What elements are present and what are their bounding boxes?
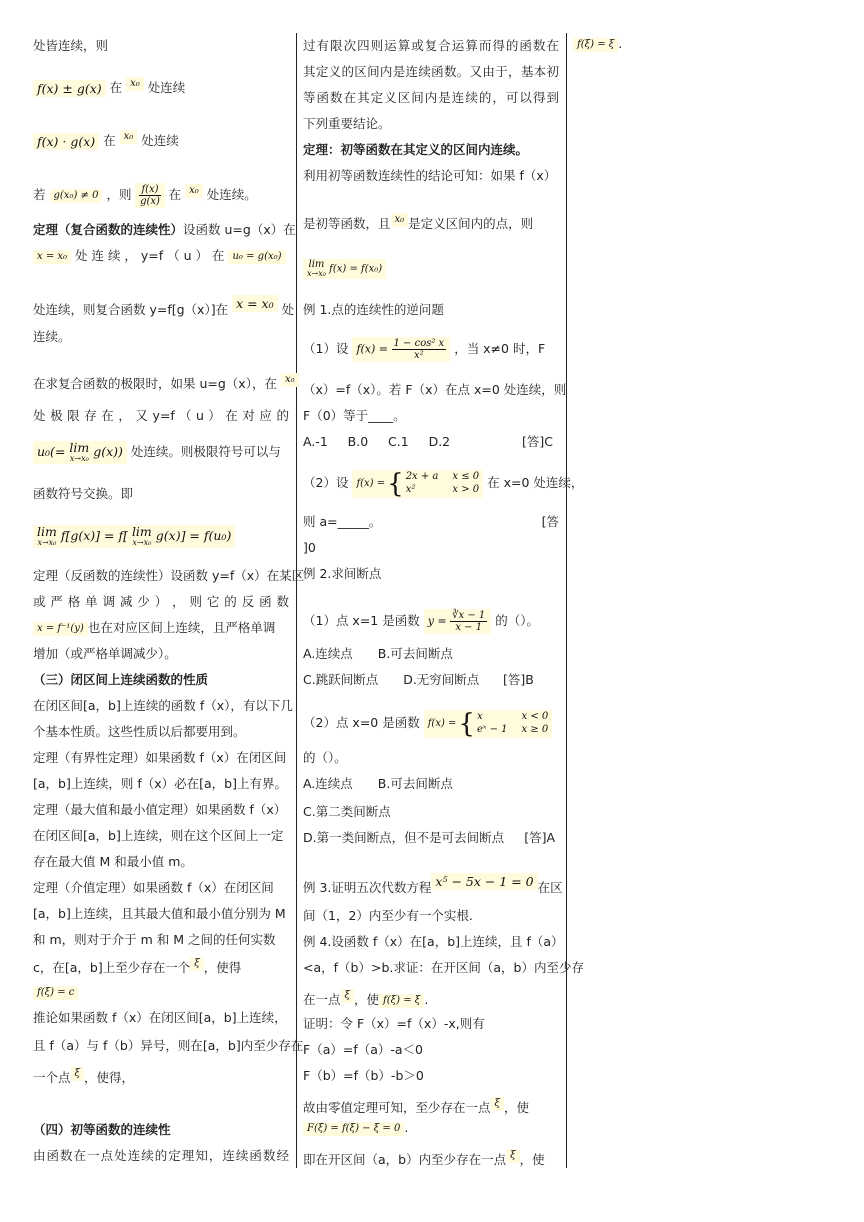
text-line: x = x₀ 处 连 续 ， y=f （ u ） 在 u₀ = g(x₀) [33,247,289,265]
formula-limit-exchange: limx→x₀ f[g(x)] = f[ limx→x₀ g(x)] = f(u… [33,525,235,548]
text-line: 处皆连续，则 [33,37,289,55]
text-line: 定理（反函数的连续性）设函数 y=f（x）在某区 [33,567,289,585]
example-2-title: 例 2.求间断点 [303,565,559,583]
text-line: （x）=f（x）。若 F（x）在点 x=0 处连续，则 [303,381,559,399]
text-line: 连续。 [33,328,289,346]
formula-ex1-f: f(x) = 1 − cos² xx² [352,337,450,362]
example-1-title: 例 1.点的连续性的逆问题 [303,301,559,319]
formula-x0: x₀ [185,184,203,198]
text-line: C.跳跃间断点 D.无穷间断点 [答]B [303,671,559,689]
text-line: D.第一类间断点，但不是可去间断点 [答]A [303,829,559,847]
formula-x0: x₀ [391,213,409,227]
formula-ex2-y: y = ∛x − 1x − 1 [424,609,492,634]
option-a: A.-1 [303,434,328,449]
text-line: A.连续点 B.可去间断点 [303,645,559,663]
formula-line: limx→x₀ f(x) = f(x₀) [303,253,559,283]
example-1-part-1: （1）设 f(x) = 1 − cos² xx² ，当 x≠0 时，F [303,329,559,369]
text-line: 在闭区间[a，b]上连续，则在这个区间上一定 [33,827,289,845]
formula-u0-limit: u₀(= limx→x₀ g(x)) [33,441,127,464]
text-line: [a，b]上连续，且其最大值和最小值分别为 M [33,905,289,923]
text-line: 且 f（a）与 f（b）异号，则在[a，b]内至少存在 [33,1037,289,1055]
limit-exchange-formula-line: limx→x₀ f[g(x)] = f[ limx→x₀ g(x)] = f(u… [33,519,289,553]
text-line: 处连续，则复合函数 y=f[g（x）]在 x = x₀ 处 [33,295,289,319]
formula-sum: f(x) ± g(x) [33,80,106,97]
answer: [答]B [503,671,534,689]
proof-line: F（b）=f（b）-b＞0 [303,1067,559,1085]
column-divider-2 [566,33,567,1168]
quotient-continuity-line: 若 g(x₀) ≠ 0 ，则 f(x)g(x) 在 x₀ 处连续。 [33,175,289,215]
text-line: <a，f（b）>b.求证：在开区间（a，b）内至少存 [303,959,559,977]
option-b: B.0 [348,434,369,449]
proof-line: F（a）=f（a）-a＜0 [303,1041,559,1059]
formula-f-xi-xi: f(ξ) = ξ [573,38,618,52]
text-line: C.第二类间断点 [303,803,559,821]
text-line: 则 a=_____。 [答 [303,513,559,531]
column-divider-1 [296,33,297,1168]
section-heading-3: （三）闭区间上连续函数的性质 [33,671,289,689]
text-line: 其定义的区间内是连续函数。又由于，基本初 [303,63,559,81]
text-line: 个基本性质。这些性质以后都要用到。 [33,723,289,741]
text-line: 定理（介值定理）如果函数 f（x）在闭区间 [33,879,289,897]
theorem-title: 定理（复合函数的连续性） [33,222,183,237]
formula-line: f(ξ) = ξ. [573,35,673,53]
text-line: x = f⁻¹(y)也在对应区间上连续，且严格单调 [33,619,289,637]
formula-line: F(ξ) = f(ξ) − ξ = 0. [303,1119,559,1137]
example-2-part-2: （2）点 x=0 是函数 f(x) ={ xx < 0 eˣ − 1x ≥ 0 [303,701,559,745]
formula-xi: ξ [190,957,204,971]
text-line: 由函数在一点处连续的定理知，连续函数经 [33,1147,289,1165]
answer: ]0 [303,539,559,557]
answer: [答]C [522,433,553,451]
text-line: A.连续点 B.可去间断点 [303,775,559,793]
text-line: [a，b]上连续，则 f（x）必在[a，b]上有界。 [33,775,289,793]
text-line: 下列重要结论。 [303,115,559,133]
formula-limit-elementary: limx→x₀ f(x) = f(x₀) [303,259,386,279]
answer: [答]A [524,829,555,847]
formula-inverse: x = f⁻¹(y) [33,622,88,636]
formula-line: f(ξ) = c [33,983,289,1001]
text-line: 函数符号交换。即 [33,485,289,503]
section-heading-4: （四）初等函数的连续性 [33,1121,289,1139]
text-line: 存在最大值 M 和最小值 m。 [33,853,289,871]
option-d: D.2 [429,434,451,449]
text-line: F（0）等于____。 [303,407,559,425]
proof-line: 即在开区间（a，b）内至少存在一点ξ，使 [303,1149,559,1169]
formula-x-eq-x0: x = x₀ [33,250,71,264]
text-line: 定理（有界性定理）如果函数 f（x）在闭区间 [33,749,289,767]
example-1-options: A.-1 B.0 C.1 D.2 [答]C [303,433,559,451]
text-line: 等函数在其定义区间内是连续的，可以得到 [303,89,559,107]
text-line: 在一点ξ，使f(ξ) = ξ. [303,989,559,1009]
text-line: 利用初等函数连续性的结论可知：如果 f（x） [303,167,559,185]
text-line: 处 极 限 存 在 ， 又 y=f （ u ） 在 对 应 的 [33,407,289,425]
text-line: 间（1，2）内至少有一个实根. [303,907,559,925]
text-line: 推论如果函数 f（x）在闭区间[a，b]上连续， [33,1009,289,1027]
formula-ex1-piecewise: f(x) ={ 2x + ax ≤ 0 x²x > 0 [352,470,483,498]
example-1-part-2: （2）设 f(x) ={ 2x + ax ≤ 0 x²x > 0 在 x=0 处… [303,463,559,503]
product-continuity-line: f(x) · g(x) 在 x₀ 处连续 [33,130,289,150]
formula-g-nonzero: g(x₀) ≠ 0 [50,189,103,203]
formula-xi: ξ [71,1067,85,1081]
text-line: 过有限次四则运算或复合运算而得的函数在 [303,37,559,55]
example-3: 例 3.证明五次代数方程x⁵ − 5x − 1 = 0在区 [303,873,559,897]
proof-line: 证明：令 F（x）=f（x）-x,则有 [303,1015,559,1033]
formula-u0-eq: u₀ = g(x₀) [228,250,285,264]
text-line: 增加（或严格单调减少）。 [33,645,289,663]
formula-x0: x₀ [126,77,144,91]
composite-theorem-line: 定理（复合函数的连续性）设函数 u=g（x）在 [33,221,289,239]
formula-x0: x₀ [281,373,299,387]
formula-f-xi-xi: f(ξ) = ξ [379,994,424,1008]
proof-line: 故由零值定理可知，至少存在一点ξ，使 [303,1097,559,1117]
option-c: C.1 [388,434,409,449]
formula-xi: ξ [506,1149,520,1163]
formula-product: f(x) · g(x) [33,133,99,150]
example-4: 例 4.设函数 f（x）在[a，b]上连续，且 f（a） [303,933,559,951]
formula-x-eq-x0: x = x₀ [232,295,278,312]
text-line: c，在[a，b]上至少存在一个ξ，使得 [33,957,289,977]
text-line: 在闭区间[a，b]上连续的函数 f（x），有以下几 [33,697,289,715]
text-line: 定理（最大值和最小值定理）如果函数 f（x） [33,801,289,819]
text-line: 或 严 格 单 调 减 少 ） ， 则 它 的 反 函 数 [33,593,289,611]
formula-xi: ξ [491,1097,505,1111]
example-2-part-1: （1）点 x=1 是函数 y = ∛x − 1x − 1 的（）。 [303,601,559,641]
text-line: 在求复合函数的极限时，如果 u=g（x），在 x₀ [33,373,289,393]
formula-xi: ξ [341,989,355,1003]
text-line: 和 m，则对于介于 m 和 M 之间的任何实数 [33,931,289,949]
formula-x0: x₀ [120,130,138,144]
formula-quotient: f(x)g(x) [135,183,164,208]
formula-f-xi-c: f(ξ) = c [33,986,78,1000]
formula-ex2-piecewise: f(x) ={ xx < 0 eˣ − 1x ≥ 0 [424,710,553,738]
text-line: 是初等函数，且x₀是定义区间内的点，则 [303,213,559,233]
formula-quintic: x⁵ − 5x − 1 = 0 [431,873,537,890]
sum-continuity-line: f(x) ± g(x) 在 x₀ 处连续 [33,77,289,97]
formula-F-xi: F(ξ) = f(ξ) − ξ = 0 [303,1122,404,1136]
limit-line: u₀(= limx→x₀ g(x)) 处连续。则极限符号可以与 [33,435,289,469]
theorem-elementary: 定理：初等函数在其定义的区间内连续。 [303,141,559,159]
text-line: 一个点ξ，使得， [33,1067,289,1087]
text-line: 的（）。 [303,749,559,767]
